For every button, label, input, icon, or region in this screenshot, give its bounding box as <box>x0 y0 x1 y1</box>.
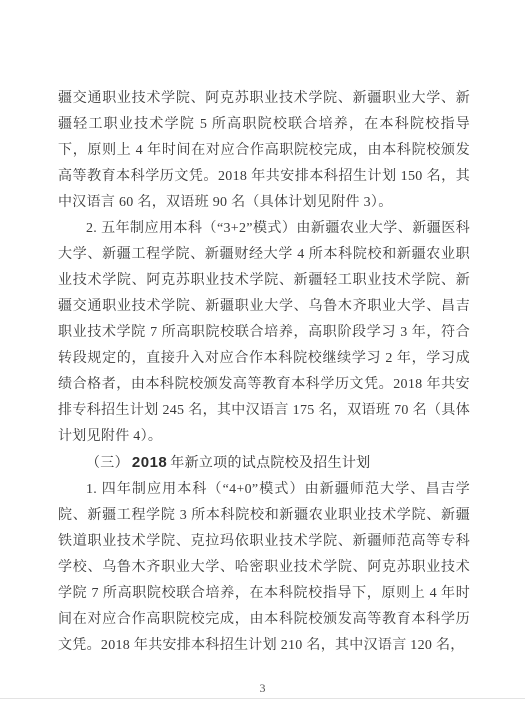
page-bottom-edge-line <box>0 698 525 699</box>
paragraph-continuation: 疆交通职业技术学院、阿克苏职业技术学院、新疆职业大学、新疆轻工职业技术学院 5 … <box>58 86 470 216</box>
section-heading-2018-new-pilot-colleges: （三）2018年新立项的试点院校及招生计划 <box>58 450 470 477</box>
document-page: 疆交通职业技术学院、阿克苏职业技术学院、新疆职业大学、新疆轻工职业技术学院 5 … <box>0 0 525 707</box>
section-heading-year: 2018 <box>132 454 167 471</box>
section-heading-prefix: （三） <box>86 456 129 471</box>
section-heading-text: 年新立项的试点院校及招生计划 <box>170 456 370 471</box>
document-body: 疆交通职业技术学院、阿克苏职业技术学院、新疆职业大学、新疆轻工职业技术学院 5 … <box>58 86 470 659</box>
page-footer: 3 <box>0 680 525 696</box>
paragraph-item-2-five-year-mode: 2. 五年制应用本科（“3+2”模式）由新疆农业大学、新疆医科大学、新疆工程学院… <box>58 216 470 450</box>
page-number: 3 <box>260 681 266 695</box>
paragraph-item-1-four-year-mode: 1. 四年制应用本科（“4+0”模式）由新疆师范大学、昌吉学院、新疆工程学院 3… <box>58 477 470 659</box>
